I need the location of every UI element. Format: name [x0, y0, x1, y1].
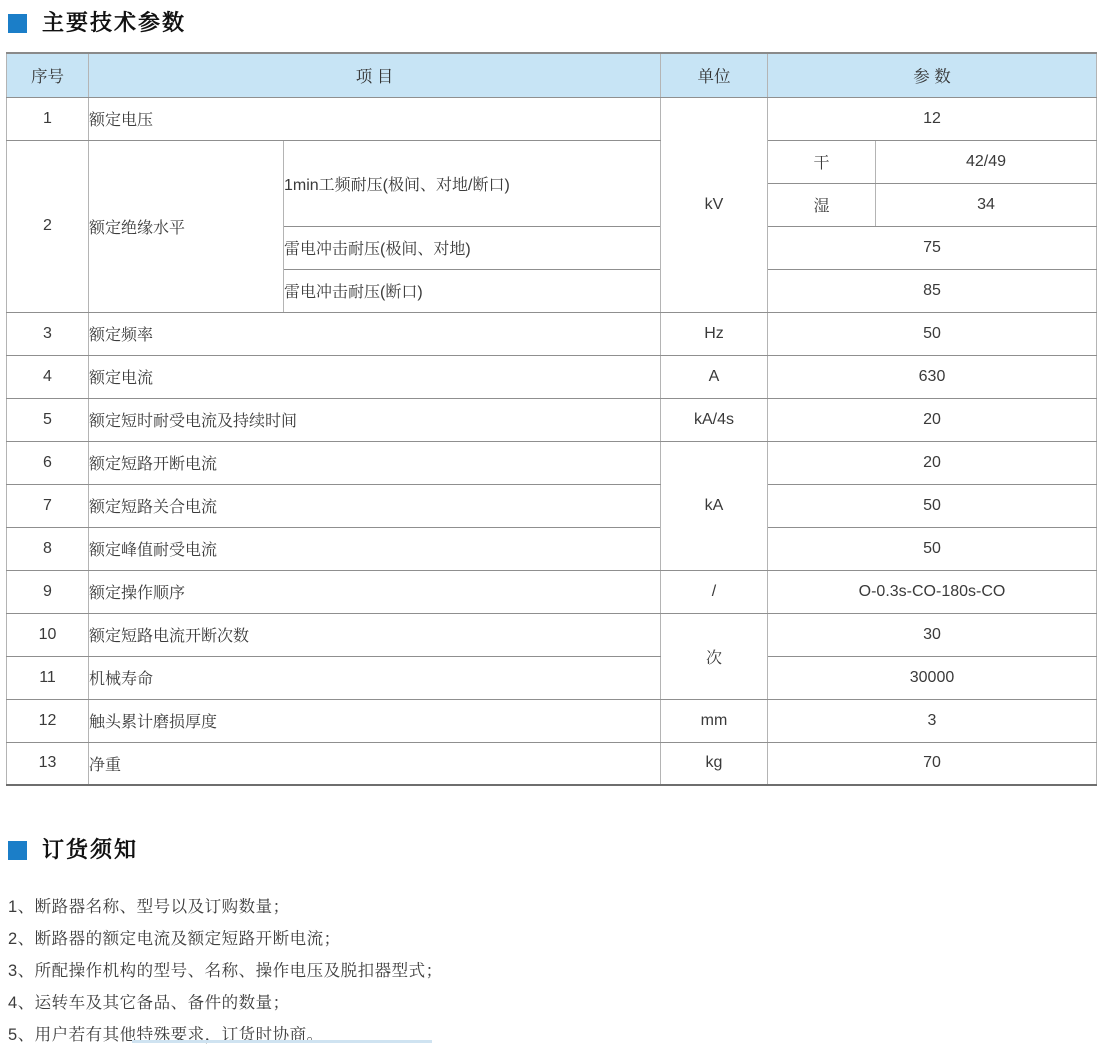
r4-value: 630: [768, 355, 1097, 398]
r12-item: 触头累计磨损厚度: [89, 699, 661, 742]
r3-unit: Hz: [661, 312, 768, 355]
r5-no: 5: [7, 398, 89, 441]
table-row: 7 额定短路关合电流 50: [7, 484, 1097, 527]
r2-dry-label: 干: [768, 140, 876, 183]
r10-item: 额定短路电流开断次数: [89, 613, 661, 656]
r3-value: 50: [768, 312, 1097, 355]
ordering-note-4: 4、运转车及其它备品、备件的数量；: [8, 985, 1100, 1017]
r10-value: 30: [768, 613, 1097, 656]
tech-params-table: 序号 项 目 单位 参 数 1 额定电压 kV 12 2 额定绝缘水平 1min…: [6, 52, 1097, 786]
r8-value: 50: [768, 527, 1097, 570]
section-bullet-icon: [8, 14, 27, 33]
r1-r2-unit: kV: [661, 97, 768, 312]
r6-value: 20: [768, 441, 1097, 484]
r7-value: 50: [768, 484, 1097, 527]
r2-dry-value: 42/49: [876, 140, 1097, 183]
r3-item: 额定频率: [89, 312, 661, 355]
r8-no: 8: [7, 527, 89, 570]
r12-unit: mm: [661, 699, 768, 742]
r11-value: 30000: [768, 656, 1097, 699]
r1-no: 1: [7, 97, 89, 140]
r6-item: 额定短路开断电流: [89, 441, 661, 484]
ordering-title: 订货须知: [42, 837, 138, 863]
r6-r8-unit: kA: [661, 441, 768, 570]
r5-item: 额定短时耐受电流及持续时间: [89, 398, 661, 441]
header-unit: 单位: [661, 53, 768, 97]
table-row: 13 净重 kg 70: [7, 742, 1097, 785]
cutoff-footer-artifact: [132, 1040, 432, 1043]
r13-no: 13: [7, 742, 89, 785]
r5-value: 20: [768, 398, 1097, 441]
table-row: 5 额定短时耐受电流及持续时间 kA/4s 20: [7, 398, 1097, 441]
r13-unit: kg: [661, 742, 768, 785]
table-row: 12 触头累计磨损厚度 mm 3: [7, 699, 1097, 742]
r2-lightning-break-item: 雷电冲击耐压(断口): [284, 269, 661, 312]
r2-no: 2: [7, 140, 89, 312]
table-row: 10 额定短路电流开断次数 次 30: [7, 613, 1097, 656]
r2-wet-label: 湿: [768, 183, 876, 226]
r1-value: 12: [768, 97, 1097, 140]
table-row: 11 机械寿命 30000: [7, 656, 1097, 699]
r8-item: 额定峰值耐受电流: [89, 527, 661, 570]
ordering-notes-list: 1、断路器名称、型号以及订购数量； 2、断路器的额定电流及额定短路开断电流； 3…: [8, 889, 1100, 1044]
tech-params-title: 主要技术参数: [42, 10, 186, 36]
r12-no: 12: [7, 699, 89, 742]
table-row: 6 额定短路开断电流 kA 20: [7, 441, 1097, 484]
r6-no: 6: [7, 441, 89, 484]
header-no: 序号: [7, 53, 89, 97]
catalog-page: 主要技术参数 序号 项 目 单位 参 数 1 额定电压 kV 12 2 额定绝缘…: [0, 0, 1100, 1044]
r9-value: O-0.3s-CO-180s-CO: [768, 570, 1097, 613]
r13-item: 净重: [89, 742, 661, 785]
r12-value: 3: [768, 699, 1097, 742]
table-row: 4 额定电流 A 630: [7, 355, 1097, 398]
table-header-row: 序号 项 目 单位 参 数: [7, 53, 1097, 97]
r3-no: 3: [7, 312, 89, 355]
r2-lightning-phase-item: 雷电冲击耐压(极间、对地): [284, 226, 661, 269]
r10-no: 10: [7, 613, 89, 656]
ordering-note-2: 2、断路器的额定电流及额定短路开断电流；: [8, 921, 1100, 953]
table-row: 2 额定绝缘水平 1min工频耐压(极间、对地/断口) 干 42/49: [7, 140, 1097, 183]
r9-unit: /: [661, 570, 768, 613]
r11-no: 11: [7, 656, 89, 699]
section-title-tech-params: 主要技术参数: [8, 10, 1100, 36]
r4-no: 4: [7, 355, 89, 398]
r2-item: 额定绝缘水平: [89, 140, 284, 312]
section-title-ordering: 订货须知: [8, 837, 1100, 863]
r13-value: 70: [768, 742, 1097, 785]
header-param: 参 数: [768, 53, 1097, 97]
header-item: 项 目: [89, 53, 661, 97]
r2-lightning-phase-value: 75: [768, 226, 1097, 269]
r11-item: 机械寿命: [89, 656, 661, 699]
r10-r11-unit: 次: [661, 613, 768, 699]
r2-wet-value: 34: [876, 183, 1097, 226]
section-bullet-icon: [8, 841, 27, 860]
r2-powerfreq-item: 1min工频耐压(极间、对地/断口): [284, 140, 661, 226]
r7-item: 额定短路关合电流: [89, 484, 661, 527]
r7-no: 7: [7, 484, 89, 527]
r9-no: 9: [7, 570, 89, 613]
r4-item: 额定电流: [89, 355, 661, 398]
r9-item: 额定操作顺序: [89, 570, 661, 613]
r1-item: 额定电压: [89, 97, 661, 140]
table-row: 9 额定操作顺序 / O-0.3s-CO-180s-CO: [7, 570, 1097, 613]
r2-lightning-break-value: 85: [768, 269, 1097, 312]
r4-unit: A: [661, 355, 768, 398]
ordering-note-1: 1、断路器名称、型号以及订购数量；: [8, 889, 1100, 921]
table-row: 8 额定峰值耐受电流 50: [7, 527, 1097, 570]
table-row: 3 额定频率 Hz 50: [7, 312, 1097, 355]
ordering-note-3: 3、所配操作机构的型号、名称、操作电压及脱扣器型式；: [8, 953, 1100, 985]
r5-unit: kA/4s: [661, 398, 768, 441]
table-row: 1 额定电压 kV 12: [7, 97, 1097, 140]
